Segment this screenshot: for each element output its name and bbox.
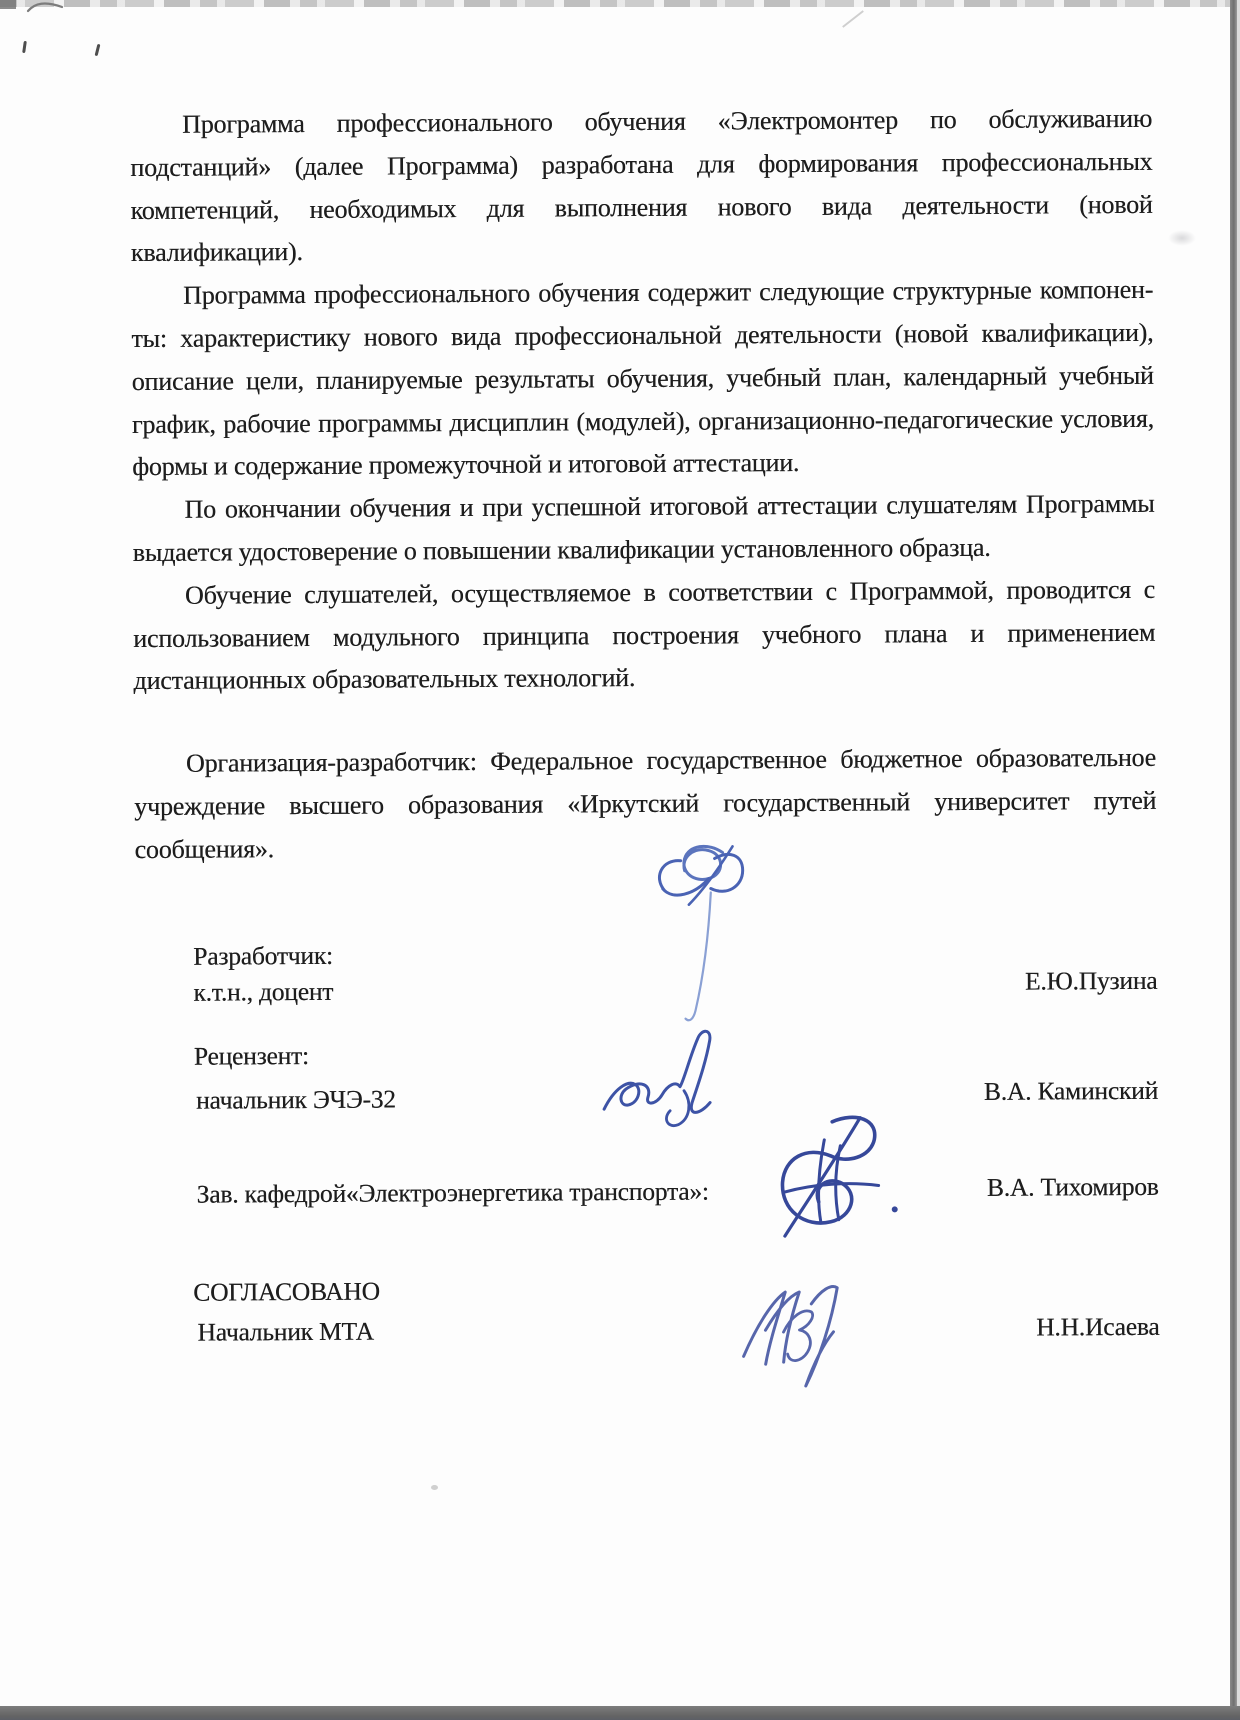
paragraph: Программа профессионального обучения «Эл…: [130, 98, 1153, 275]
paragraph-line: Программа профессионального обучения «Эл…: [130, 98, 1152, 147]
head-of-department-label: Зав. кафедрой«Электроэнергетика транспор…: [197, 1177, 709, 1210]
document-content: Программа профессионального обучения «Эл…: [0, 0, 1240, 1720]
paragraph-line: описание цели, планируемые результаты об…: [132, 355, 1154, 404]
paragraph-line: подстанций» (далее Программа) разработан…: [130, 141, 1152, 190]
paragraph-line: квалификации).: [131, 226, 1153, 275]
paragraph-line: выдается удостоверение о повышении квали…: [133, 526, 1155, 575]
paragraph: По окончании обучения и при успешной ито…: [132, 483, 1155, 575]
paragraph-line: ты: характеристику нового вида профессио…: [131, 312, 1153, 361]
agreed-name: Н.Н.Исаева: [1036, 1312, 1159, 1343]
head-of-department-name: В.А. Тихомиров: [987, 1172, 1159, 1203]
paragraph-line: По окончании обучения и при успешной ито…: [132, 483, 1154, 532]
paragraph-line: Программа профессионального обучения сод…: [131, 269, 1153, 318]
developer-role-label: Разработчик:: [193, 941, 333, 972]
paragraph-line: Организация-разработчик: Федеральное гос…: [134, 737, 1156, 786]
reviewer-name: В.А. Каминский: [984, 1076, 1158, 1107]
signature-kaminsky-icon: [598, 1022, 759, 1143]
paragraph-line: Обучение слушателей, осуществляемое в со…: [133, 569, 1155, 618]
paragraph-line: использованием модульного принципа постр…: [133, 611, 1155, 660]
paragraph-line: компетенций, необходимых для выполнения …: [130, 183, 1152, 232]
signature-section: Разработчик: к.т.н., доцент Е.Ю.Пузина Р…: [0, 0, 1239, 1]
signature-tikhomirov-icon: [744, 1109, 930, 1245]
paragraph: Программа профессионального обучения сод…: [131, 269, 1154, 489]
signature-puzina-icon: [644, 838, 785, 1029]
scanned-document-page: Программа профессионального обучения «Эл…: [0, 0, 1240, 1720]
agreed-heading: СОГЛАСОВАНО: [193, 1277, 380, 1308]
paragraph-line: дистанционных образовательных технологий…: [133, 654, 1155, 703]
document-body: Программа профессионального обучения «Эл…: [130, 98, 1157, 872]
paragraph-line: формы и содержание промежуточной и итого…: [132, 440, 1154, 489]
paragraph-line: учреждение высшего образования «Иркутски…: [134, 780, 1156, 829]
agreed-position-label: Начальник МТА: [197, 1317, 373, 1348]
signature-isaeva-icon: [733, 1281, 919, 1390]
scan-artifact-bottom-edge: [0, 1706, 1240, 1720]
developer-degree-label: к.т.н., доцент: [193, 977, 333, 1008]
reviewer-position-label: начальник ЭЧЭ-32: [196, 1084, 396, 1115]
reviewer-role-label: Рецензент:: [194, 1041, 309, 1072]
paragraph: Обучение слушателей, осуществляемое в со…: [133, 569, 1156, 704]
paragraph-gap: [134, 697, 1156, 743]
paragraph-line: график, рабочие программы дисциплин (мод…: [132, 397, 1154, 446]
scan-artifact-right-edge: [1230, 0, 1237, 1720]
developer-name: Е.Ю.Пузина: [1025, 966, 1158, 997]
